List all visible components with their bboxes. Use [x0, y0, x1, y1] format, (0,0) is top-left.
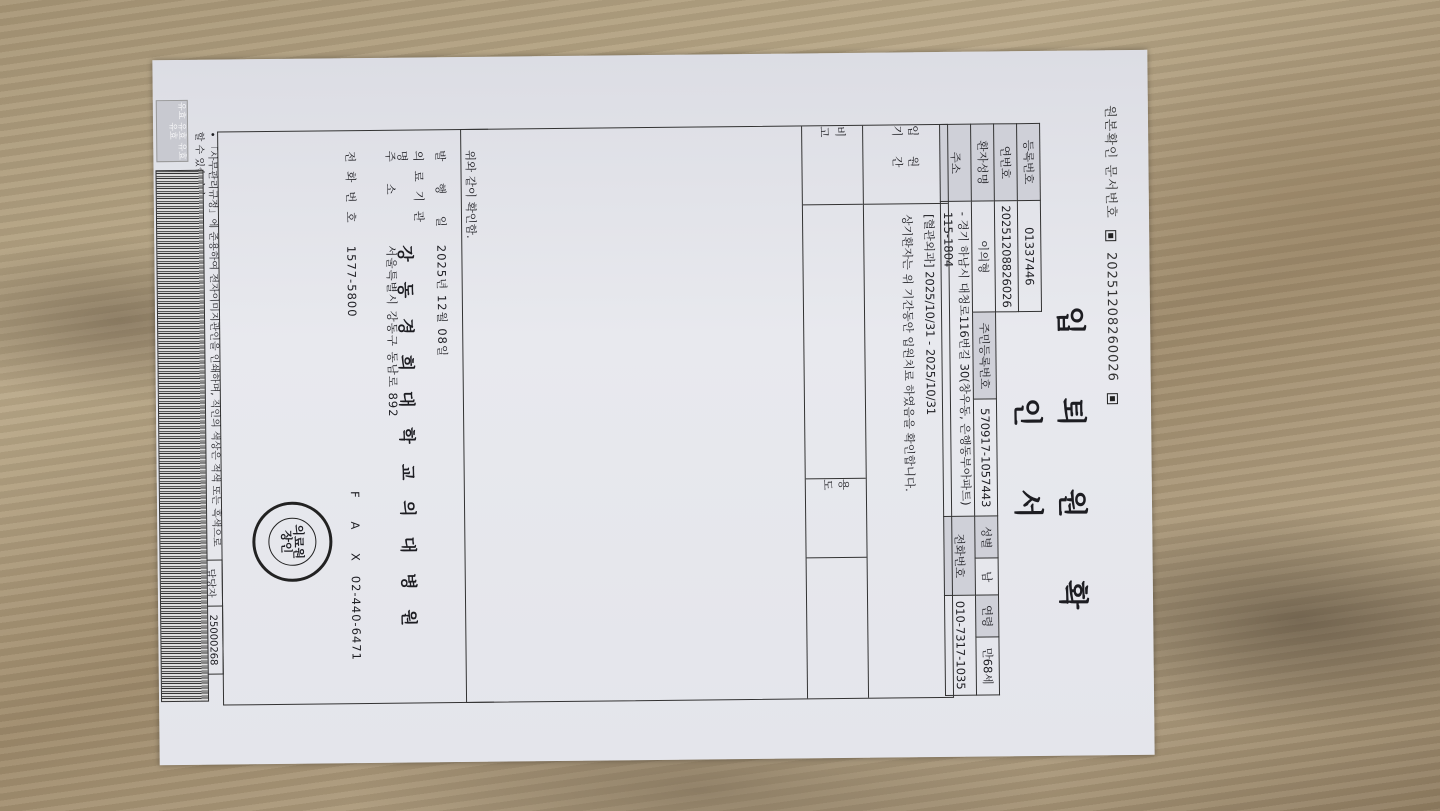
issue-date-label: 발 행 일 [432, 150, 449, 240]
remarks-value [803, 205, 866, 480]
reg-no-value: 01337446 [1017, 200, 1041, 312]
empty-cell [1019, 312, 1046, 695]
purpose-label: 용 도 [806, 479, 867, 559]
receipt-no-value: 20251208826026 [994, 201, 1018, 313]
issuer-phone-label: 전화번호 [342, 151, 359, 241]
remarks-purpose-row: 비 고 용 도 [801, 126, 868, 699]
age-value: 만68세 [976, 637, 1000, 695]
admission-period-value: [혈관외과] 2025/10/31 - 2025/10/31 [918, 214, 943, 492]
fax-line: F A X 02-440-6471 [348, 491, 364, 661]
receipt-no-label: 연번호 [994, 124, 1018, 201]
confirm-statement: 위와 같이 확인함. [462, 150, 479, 239]
sex-value: 남 [975, 558, 998, 595]
issuer-phone-line: 전화번호 1577-5800 [342, 151, 360, 318]
issuer-section: 위와 같이 확인함. 발 행 일 2025년 12월 08일 의료기관명 강동경… [217, 129, 494, 706]
issue-date-line: 발 행 일 2025년 12월 08일 [432, 150, 450, 357]
issuer-address-label: 주 소 [382, 151, 399, 241]
reg-no-label: 등록번호 [1017, 123, 1041, 200]
issuer-phone-value: 1577-5800 [344, 246, 359, 318]
details-section: 입 원 기 간 [혈관외과] 2025/10/31 - 2025/10/31 상… [460, 124, 954, 703]
square-bullet-icon [1107, 393, 1118, 404]
fax-label: F A X [348, 491, 363, 571]
patient-info-table: 등록번호 01337446 연번호 20251208826026 환자성명 이의… [939, 123, 1046, 696]
issue-date-value: 2025년 12월 08일 [434, 245, 449, 357]
admission-discharge-certificate: 원본확인 문서번호 20251208260026 입 퇴 원 확 인 서 등록번… [152, 50, 1154, 765]
security-barcode [155, 170, 209, 702]
rrn-label: 주민등록번호 [973, 312, 997, 399]
rrn-value: 570917-1057443 [973, 399, 997, 516]
admission-period-row: 입 원 기 간 [혈관외과] 2025/10/31 - 2025/10/31 상… [862, 125, 953, 698]
doc-number-value: 20251208260026 [1103, 252, 1119, 382]
fax-value: 02-440-6471 [349, 576, 364, 661]
seal-text: 의료원장인 [268, 518, 317, 567]
patient-name-label: 환자성명 [971, 124, 995, 201]
square-bullet-icon [1105, 230, 1116, 241]
watermark-logo-icon: 유효 유효 유효 유효 [156, 100, 189, 162]
empty-cell [996, 312, 1023, 695]
institution-label: 의료기관명 [394, 150, 427, 240]
admission-period-label: 입 원 기 간 [863, 125, 948, 205]
admission-statement: 상기환자는 위 기간동안 입원치료 하였음을 확인합니다. [896, 214, 921, 492]
purpose-value [807, 558, 868, 699]
doc-number-label: 원본확인 문서번호 [1102, 105, 1118, 219]
patient-name-value: 이의형 [971, 201, 995, 313]
sex-label: 성별 [975, 516, 998, 558]
official-seal: 의료원장인 [252, 501, 333, 582]
blank-area [461, 126, 807, 702]
original-document-number: 원본확인 문서번호 20251208260026 [1102, 105, 1124, 410]
issuer-address-value: 서울특별시 강동구 동남로 892 [384, 245, 400, 417]
issuer-address-line: 주 소 서울특별시 강동구 동남로 892 [382, 151, 401, 418]
admission-period-content: [혈관외과] 2025/10/31 - 2025/10/31 상기환자는 위 기… [864, 204, 951, 502]
age-label: 연령 [975, 595, 998, 637]
remarks-label: 비 고 [802, 126, 863, 206]
